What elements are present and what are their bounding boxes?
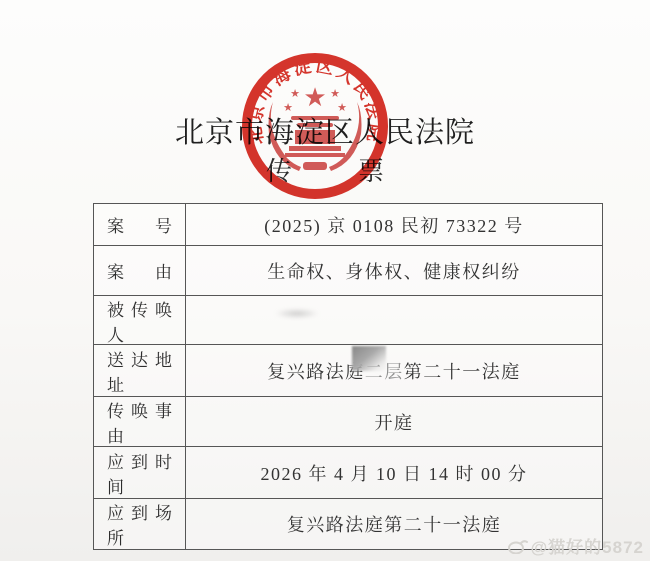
table-row-delivery-address: 送达地址 复兴路法庭二层第二十一法庭 — [94, 344, 602, 396]
delivery-address-value: 复兴路法庭二层第二十一法庭 — [186, 345, 602, 396]
case-number-value: (2025) 京 0108 民初 73322 号 — [186, 204, 602, 245]
summons-table: 案号 (2025) 京 0108 民初 73322 号 案由 生命权、身体权、健… — [93, 203, 603, 550]
table-row-appearance-time: 应到时间 2026 年 4 月 10 日 14 时 00 分 — [94, 446, 602, 498]
watermark-text: @猫好的5872 — [531, 533, 644, 558]
row-label: 应到时间 — [94, 447, 186, 498]
row-label: 案由 — [94, 246, 186, 295]
row-label: 传唤事由 — [94, 397, 186, 447]
summons-reason-value: 开庭 — [186, 397, 602, 447]
svg-text:★: ★ — [330, 88, 340, 100]
row-label: 送达地址 — [94, 345, 186, 396]
svg-text:★: ★ — [290, 88, 300, 100]
weibo-logo-icon — [508, 538, 528, 554]
table-row-case-number: 案号 (2025) 京 0108 民初 73322 号 — [94, 204, 602, 245]
appearance-time-value: 2026 年 4 月 10 日 14 时 00 分 — [186, 447, 602, 498]
table-row-summons-reason: 传唤事由 开庭 — [94, 396, 602, 446]
svg-text:★: ★ — [337, 102, 347, 114]
court-seal-stamp-icon: 北京市海淀区人民法院 ★ ★ ★ ★ ★ — [239, 50, 391, 202]
table-row-summoned-person: 被传唤人 — [94, 295, 602, 344]
svg-text:★: ★ — [283, 102, 293, 114]
summoned-person-value — [186, 296, 602, 346]
seal-svg: 北京市海淀区人民法院 ★ ★ ★ ★ ★ — [239, 50, 391, 202]
watermark: @猫好的5872 — [508, 533, 644, 558]
row-label: 案号 — [94, 204, 186, 245]
national-emblem-icon: ★ ★ ★ ★ ★ — [269, 83, 362, 171]
summons-document: 北京市海淀区人民法院 传 票 北京市海淀区人民法院 ★ ★ ★ ★ ★ — [0, 0, 650, 561]
svg-text:★: ★ — [303, 83, 326, 112]
row-label: 应到场所 — [94, 499, 186, 549]
redacted-text: 二层 — [365, 358, 404, 384]
row-label: 被传唤人 — [94, 296, 186, 346]
cause-of-action-value: 生命权、身体权、健康权纠纷 — [186, 246, 602, 295]
table-row-cause-of-action: 案由 生命权、身体权、健康权纠纷 — [94, 245, 602, 295]
